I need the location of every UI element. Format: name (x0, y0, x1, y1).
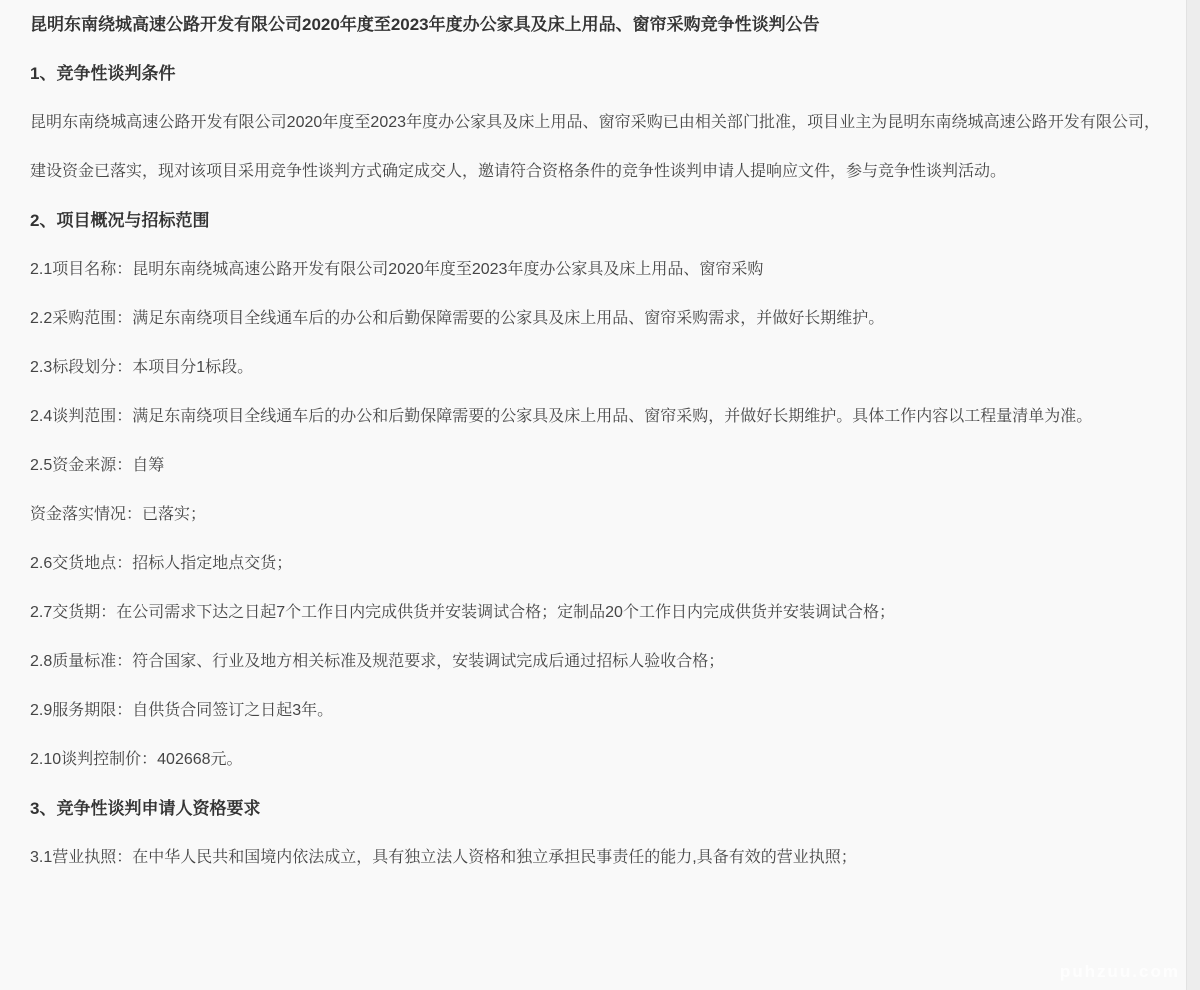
paragraph-2-7-delivery-period: 2.7交货期：在公司需求下达之日起7个工作日内完成供货并安装调试合格；定制品20… (30, 588, 1160, 637)
paragraph-2-10-control-price: 2.10谈判控制价：402668元。 (30, 735, 1160, 784)
paragraph-2-6-delivery-location: 2.6交货地点：招标人指定地点交货； (30, 539, 1160, 588)
site-watermark: puhzuu.com (1060, 962, 1180, 982)
paragraph-2-1-project-name: 2.1项目名称：昆明东南绕城高速公路开发有限公司2020年度至2023年度办公家… (30, 245, 1160, 294)
page-title: 昆明东南绕城高速公路开发有限公司2020年度至2023年度办公家具及床上用品、窗… (30, 0, 1160, 49)
paragraph-negotiation-conditions: 昆明东南绕城高速公路开发有限公司2020年度至2023年度办公家具及床上用品、窗… (30, 98, 1160, 196)
announcement-page: 昆明东南绕城高速公路开发有限公司2020年度至2023年度办公家具及床上用品、窗… (0, 0, 1187, 990)
paragraph-funding-status: 资金落实情况：已落实； (30, 490, 1160, 539)
section-heading-negotiation-conditions: 1、竞争性谈判条件 (30, 49, 1160, 98)
paragraph-2-3-section-division: 2.3标段划分：本项目分1标段。 (30, 343, 1160, 392)
paragraph-2-5-funding-source: 2.5资金来源：自筹 (30, 441, 1160, 490)
paragraph-3-1-business-license: 3.1营业执照：在中华人民共和国境内依法成立，具有独立法人资格和独立承担民事责任… (30, 833, 1160, 882)
paragraph-2-8-quality-standard: 2.8质量标准：符合国家、行业及地方相关标准及规范要求，安装调试完成后通过招标人… (30, 637, 1160, 686)
section-heading-applicant-qualifications: 3、竞争性谈判申请人资格要求 (30, 784, 1160, 833)
paragraph-2-4-negotiation-scope: 2.4谈判范围：满足东南绕项目全线通车后的办公和后勤保障需要的公家具及床上用品、… (30, 392, 1160, 441)
section-heading-project-overview: 2、项目概况与招标范围 (30, 196, 1160, 245)
paragraph-2-9-service-period: 2.9服务期限：自供货合同签订之日起3年。 (30, 686, 1160, 735)
paragraph-2-2-procurement-scope: 2.2采购范围：满足东南绕项目全线通车后的办公和后勤保障需要的公家具及床上用品、… (30, 294, 1160, 343)
